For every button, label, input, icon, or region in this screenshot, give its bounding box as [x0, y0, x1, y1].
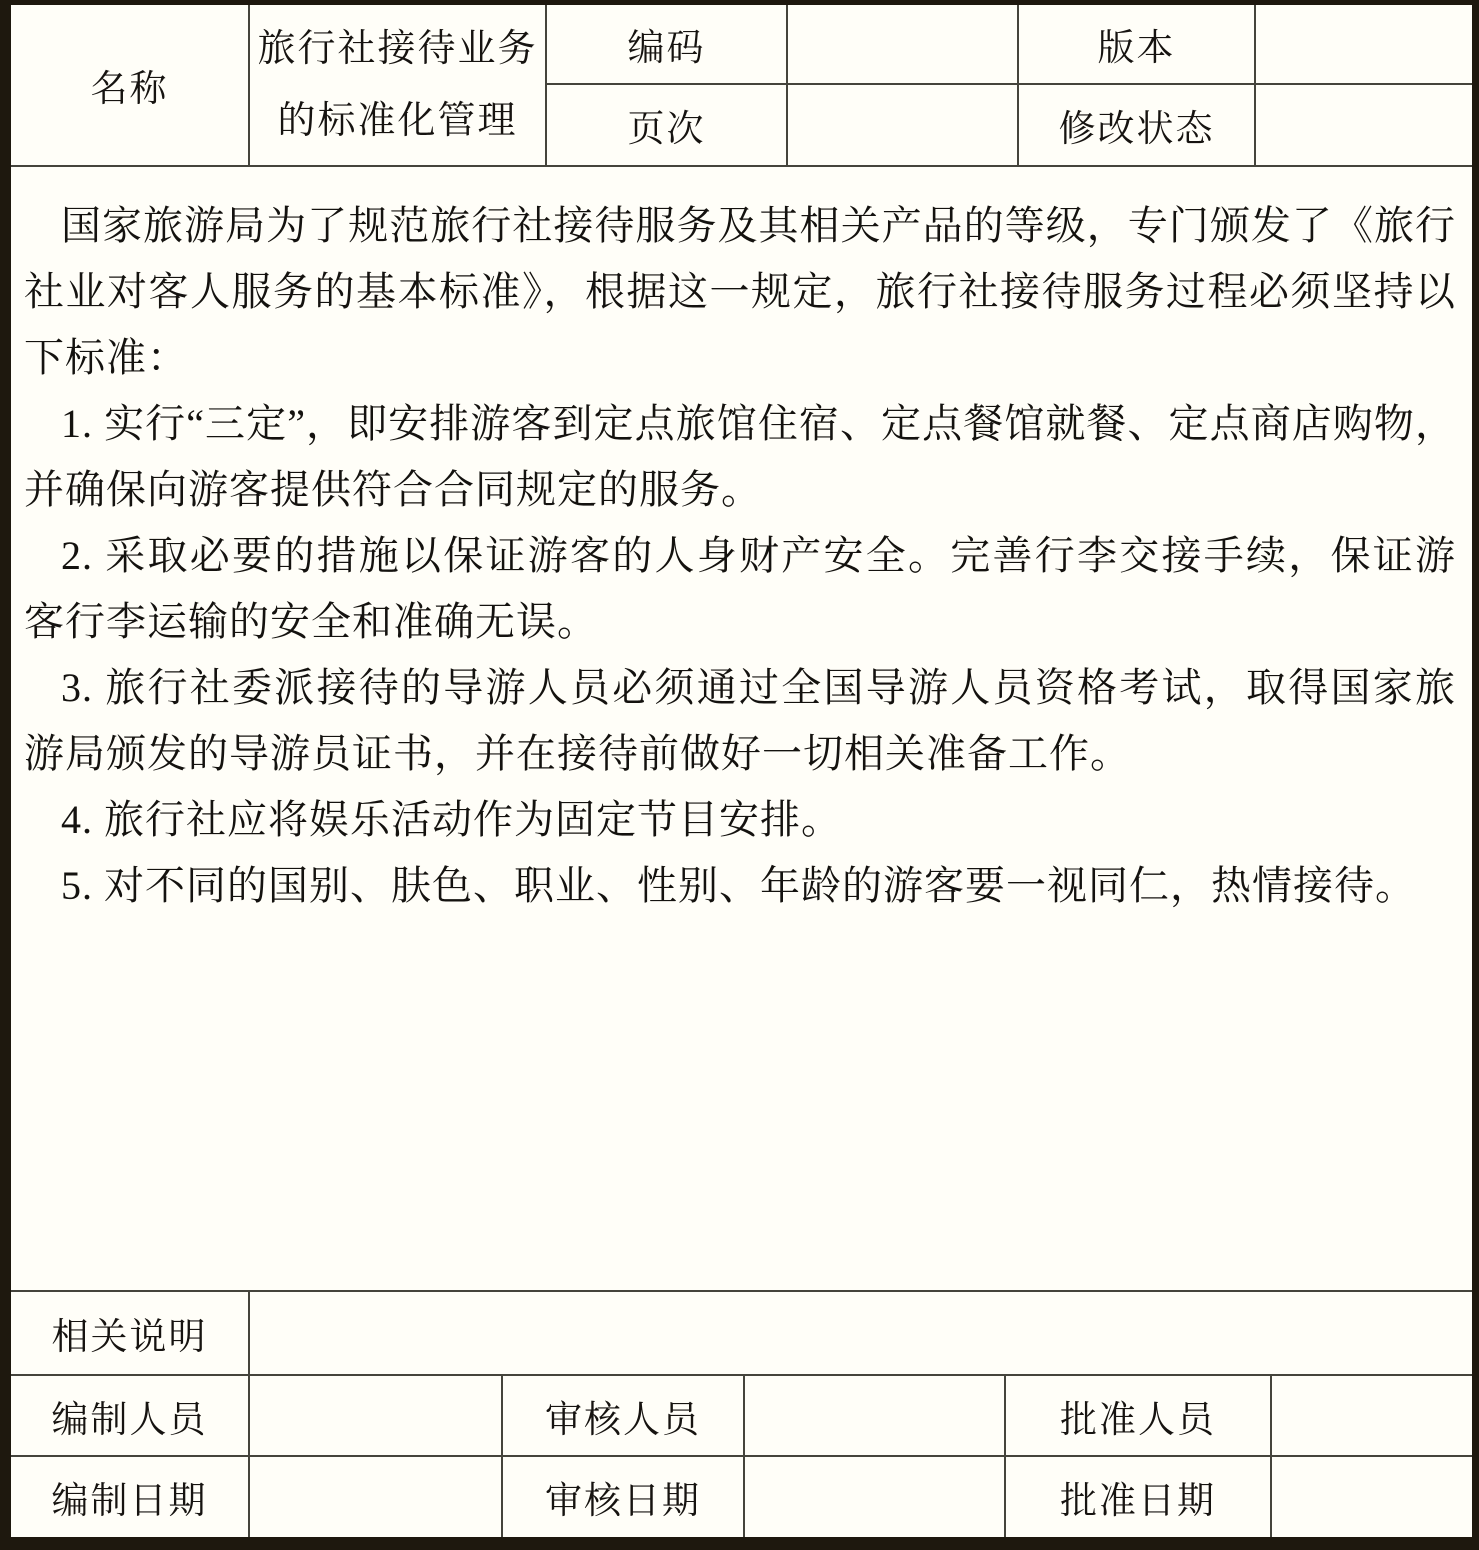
related-notes-row: 相关说明	[11, 1292, 1472, 1376]
personnel-row: 编制人员 审核人员 批准人员	[11, 1376, 1472, 1457]
code-value-cell	[788, 5, 1019, 85]
preparer-value-cell	[250, 1376, 503, 1455]
document-title-cell: 旅行社接待业务 的标准化管理	[250, 5, 547, 165]
preparer-label-cell: 编制人员	[11, 1376, 250, 1455]
version-label-cell: 版本	[1019, 5, 1256, 85]
approver-value-cell	[1272, 1376, 1472, 1455]
reviewer-label-cell: 审核人员	[503, 1376, 745, 1455]
rule-item-1: 1. 实行“三定”，即安排游客到定点旅馆住宿、定点餐馆就餐、定点商店购物，并确保…	[24, 391, 1456, 523]
revision-status-value-cell	[1256, 85, 1472, 165]
approve-date-value-cell	[1272, 1457, 1472, 1537]
related-notes-label-cell: 相关说明	[11, 1292, 250, 1374]
rule-item-4: 4. 旅行社应将娱乐活动作为固定节目安排。	[24, 787, 1456, 853]
header-table: 名称 旅行社接待业务 的标准化管理 编码 版本 页次 修改状态	[11, 5, 1472, 167]
body-text-area: 国家旅游局为了规范旅行社接待服务及其相关产品的等级，专门颁发了《旅行社业对客人服…	[11, 167, 1472, 1292]
rule-item-5: 5. 对不同的国别、肤色、职业、性别、年龄的游客要一视同仁，热情接待。	[24, 853, 1456, 919]
document-title-line2: 的标准化管理	[277, 85, 517, 157]
code-label-cell: 编码	[547, 5, 788, 85]
prepare-date-label-cell: 编制日期	[11, 1457, 250, 1537]
approve-date-label-cell: 批准日期	[1006, 1457, 1272, 1537]
page-label-cell: 页次	[547, 85, 788, 165]
date-row: 编制日期 审核日期 批准日期	[11, 1457, 1472, 1537]
review-date-value-cell	[745, 1457, 1006, 1537]
approver-label-cell: 批准人员	[1006, 1376, 1272, 1455]
related-notes-value-cell	[250, 1292, 1472, 1374]
intro-paragraph: 国家旅游局为了规范旅行社接待服务及其相关产品的等级，专门颁发了《旅行社业对客人服…	[24, 193, 1456, 391]
revision-status-label-cell: 修改状态	[1019, 85, 1256, 165]
prepare-date-value-cell	[250, 1457, 503, 1537]
rule-item-2: 2. 采取必要的措施以保证游客的人身财产安全。完善行李交接手续，保证游客行李运输…	[24, 523, 1456, 655]
document-title-line1: 旅行社接待业务	[257, 13, 537, 85]
reviewer-value-cell	[745, 1376, 1006, 1455]
rule-item-3: 3. 旅行社委派接待的导游人员必须通过全国导游人员资格考试，取得国家旅游局颁发的…	[24, 655, 1456, 787]
review-date-label-cell: 审核日期	[503, 1457, 745, 1537]
document-page: 名称 旅行社接待业务 的标准化管理 编码 版本 页次 修改状态 国家旅游局为了规…	[0, 0, 1479, 1550]
version-value-cell	[1256, 5, 1472, 85]
page-value-cell	[788, 85, 1019, 165]
name-label-cell: 名称	[11, 5, 250, 165]
